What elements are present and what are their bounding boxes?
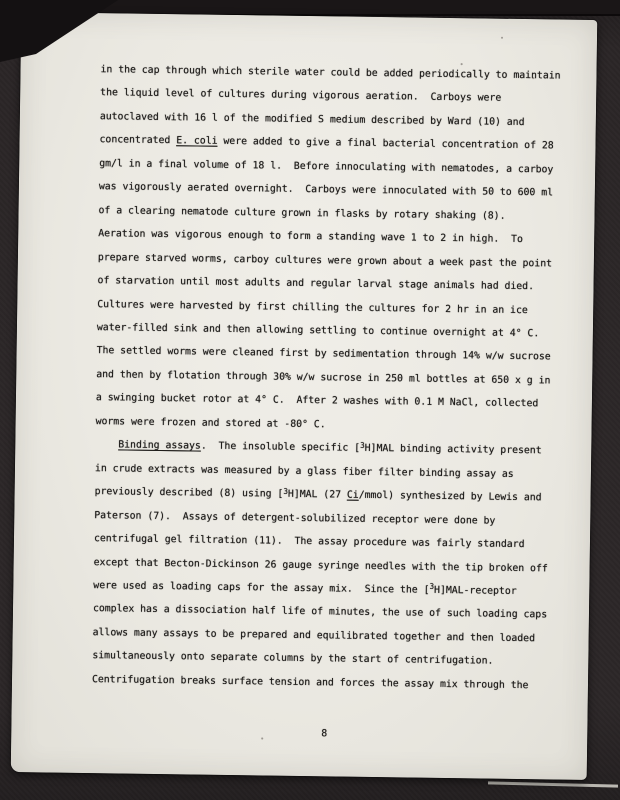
dust-speck bbox=[461, 63, 463, 65]
page-number: 8 bbox=[91, 725, 557, 743]
scanned-page: in the cap through which sterile water c… bbox=[11, 12, 598, 780]
dust-speck bbox=[501, 37, 503, 39]
dust-speck bbox=[261, 737, 263, 739]
dust-speck bbox=[318, 284, 320, 286]
document-lines: in the cap through which sterile water c… bbox=[92, 58, 567, 698]
dust-speck bbox=[532, 77, 534, 79]
underlying-sheet-edge bbox=[488, 781, 618, 787]
scan-background: in the cap through which sterile water c… bbox=[0, 0, 620, 800]
